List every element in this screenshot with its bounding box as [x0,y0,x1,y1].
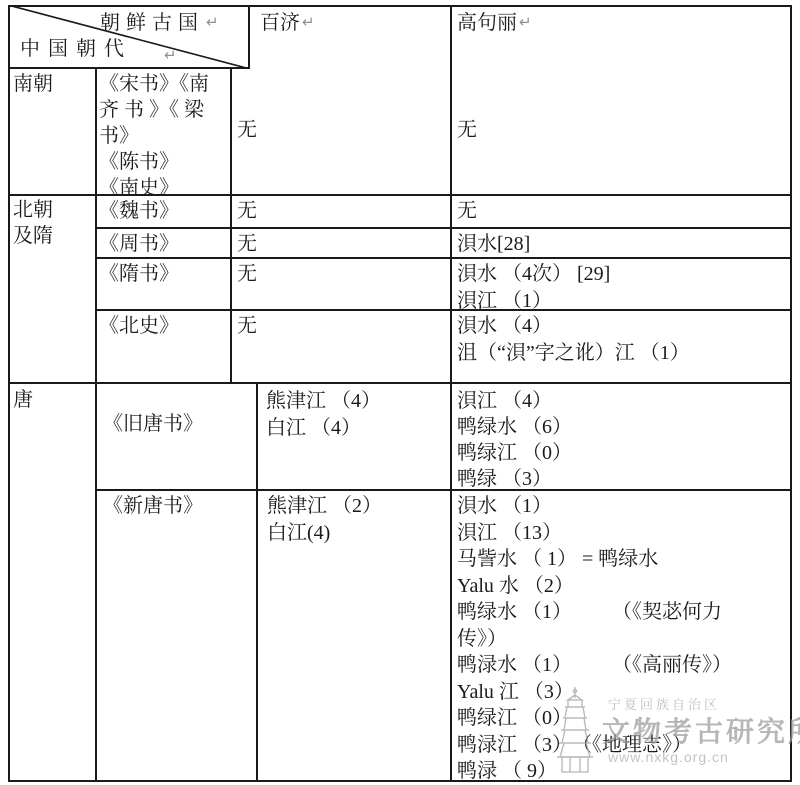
cell-zhoushu-book: 《周书》 [99,231,179,257]
cell-xintangshu-baekje: 熊津江 （2）白江(4) [267,493,382,547]
border-jiutangshu-end [95,489,792,491]
cell-suishu-book: 《隋书》 [99,261,179,287]
cell-tang-dynasty: 唐 [13,387,33,413]
border-right [790,5,792,782]
header-baekje-label: 百济↵ [260,9,315,36]
border-beichao-end [8,382,792,384]
divider-book-baekje-tang [256,382,258,782]
cell-beishi-goguryeo: 浿水 （4）沮（“浿”字之讹）江 （1） [457,313,690,367]
cell-weishu-goguryeo: 无 [457,198,477,224]
header-korean-states-label: 朝鲜古国↵ [100,9,225,36]
cell-nanchao-baekje: 无 [237,117,257,143]
cell-jiutangshu-goguryeo: 浿江 （4）鸭绿水 （6）鸭绿江 （0）鸭绿 （3） [457,388,572,492]
border-zhoushu-end [95,257,792,259]
return-mark-icon: ↵ [206,13,225,31]
cell-jiutangshu-book: 《旧唐书》 [103,411,203,437]
return-mark-icon: ↵ [302,13,315,31]
cell-beichao-dynasty: 北朝及隋 [13,197,53,249]
cell-jiutangshu-baekje: 熊津江 （4）白江 （4） [266,388,381,442]
border-suishu-end [95,309,792,311]
cell-weishu-baekje: 无 [237,198,257,224]
cell-suishu-goguryeo: 浿水 （4次） [29]浿江 （1） [457,261,610,315]
cell-beishi-book: 《北史》 [99,313,179,339]
paragraph-return-mark-icon: ↵ [162,42,177,69]
cell-nanchao-goguryeo: 无 [457,117,477,143]
border-weishu-end [95,227,792,229]
divider-dynasty-book [95,67,97,782]
cell-zhoushu-baekje: 无 [237,231,257,257]
border-left [8,5,10,782]
cell-nanchao-dynasty: 南朝 [13,71,53,97]
divider-book-baekje-upper [230,67,232,384]
cell-xintangshu-book: 《新唐书》 [103,493,203,519]
cell-zhoushu-goguryeo: 浿水[28] [457,231,530,257]
watermark-organization-text: 文物考古研究所 [602,710,800,750]
return-mark-icon: ↵ [519,13,532,31]
cell-beishi-baekje: 无 [237,313,257,339]
pagoda-watermark-icon [552,686,598,781]
header-goguryeo-label: 高句丽↵ [457,9,532,36]
divider-baekje-goguryeo [450,5,452,782]
cell-weishu-book: 《魏书》 [99,198,179,224]
watermark-url-text: www.nxkg.org.cn [608,749,729,765]
header-chinese-dynasty-label: 中国朝代 [20,36,132,62]
cell-nanchao-books: 《宋书》《南齐 书 》《 梁书》《陈书》《南史》 [99,71,209,201]
document-table-page: 朝鲜古国↵ 中国朝代 ↵ 百济↵ 高句丽↵ 南朝 《宋书》《南齐 书 》《 梁书… [0,0,800,785]
cell-suishu-baekje: 无 [237,261,257,287]
